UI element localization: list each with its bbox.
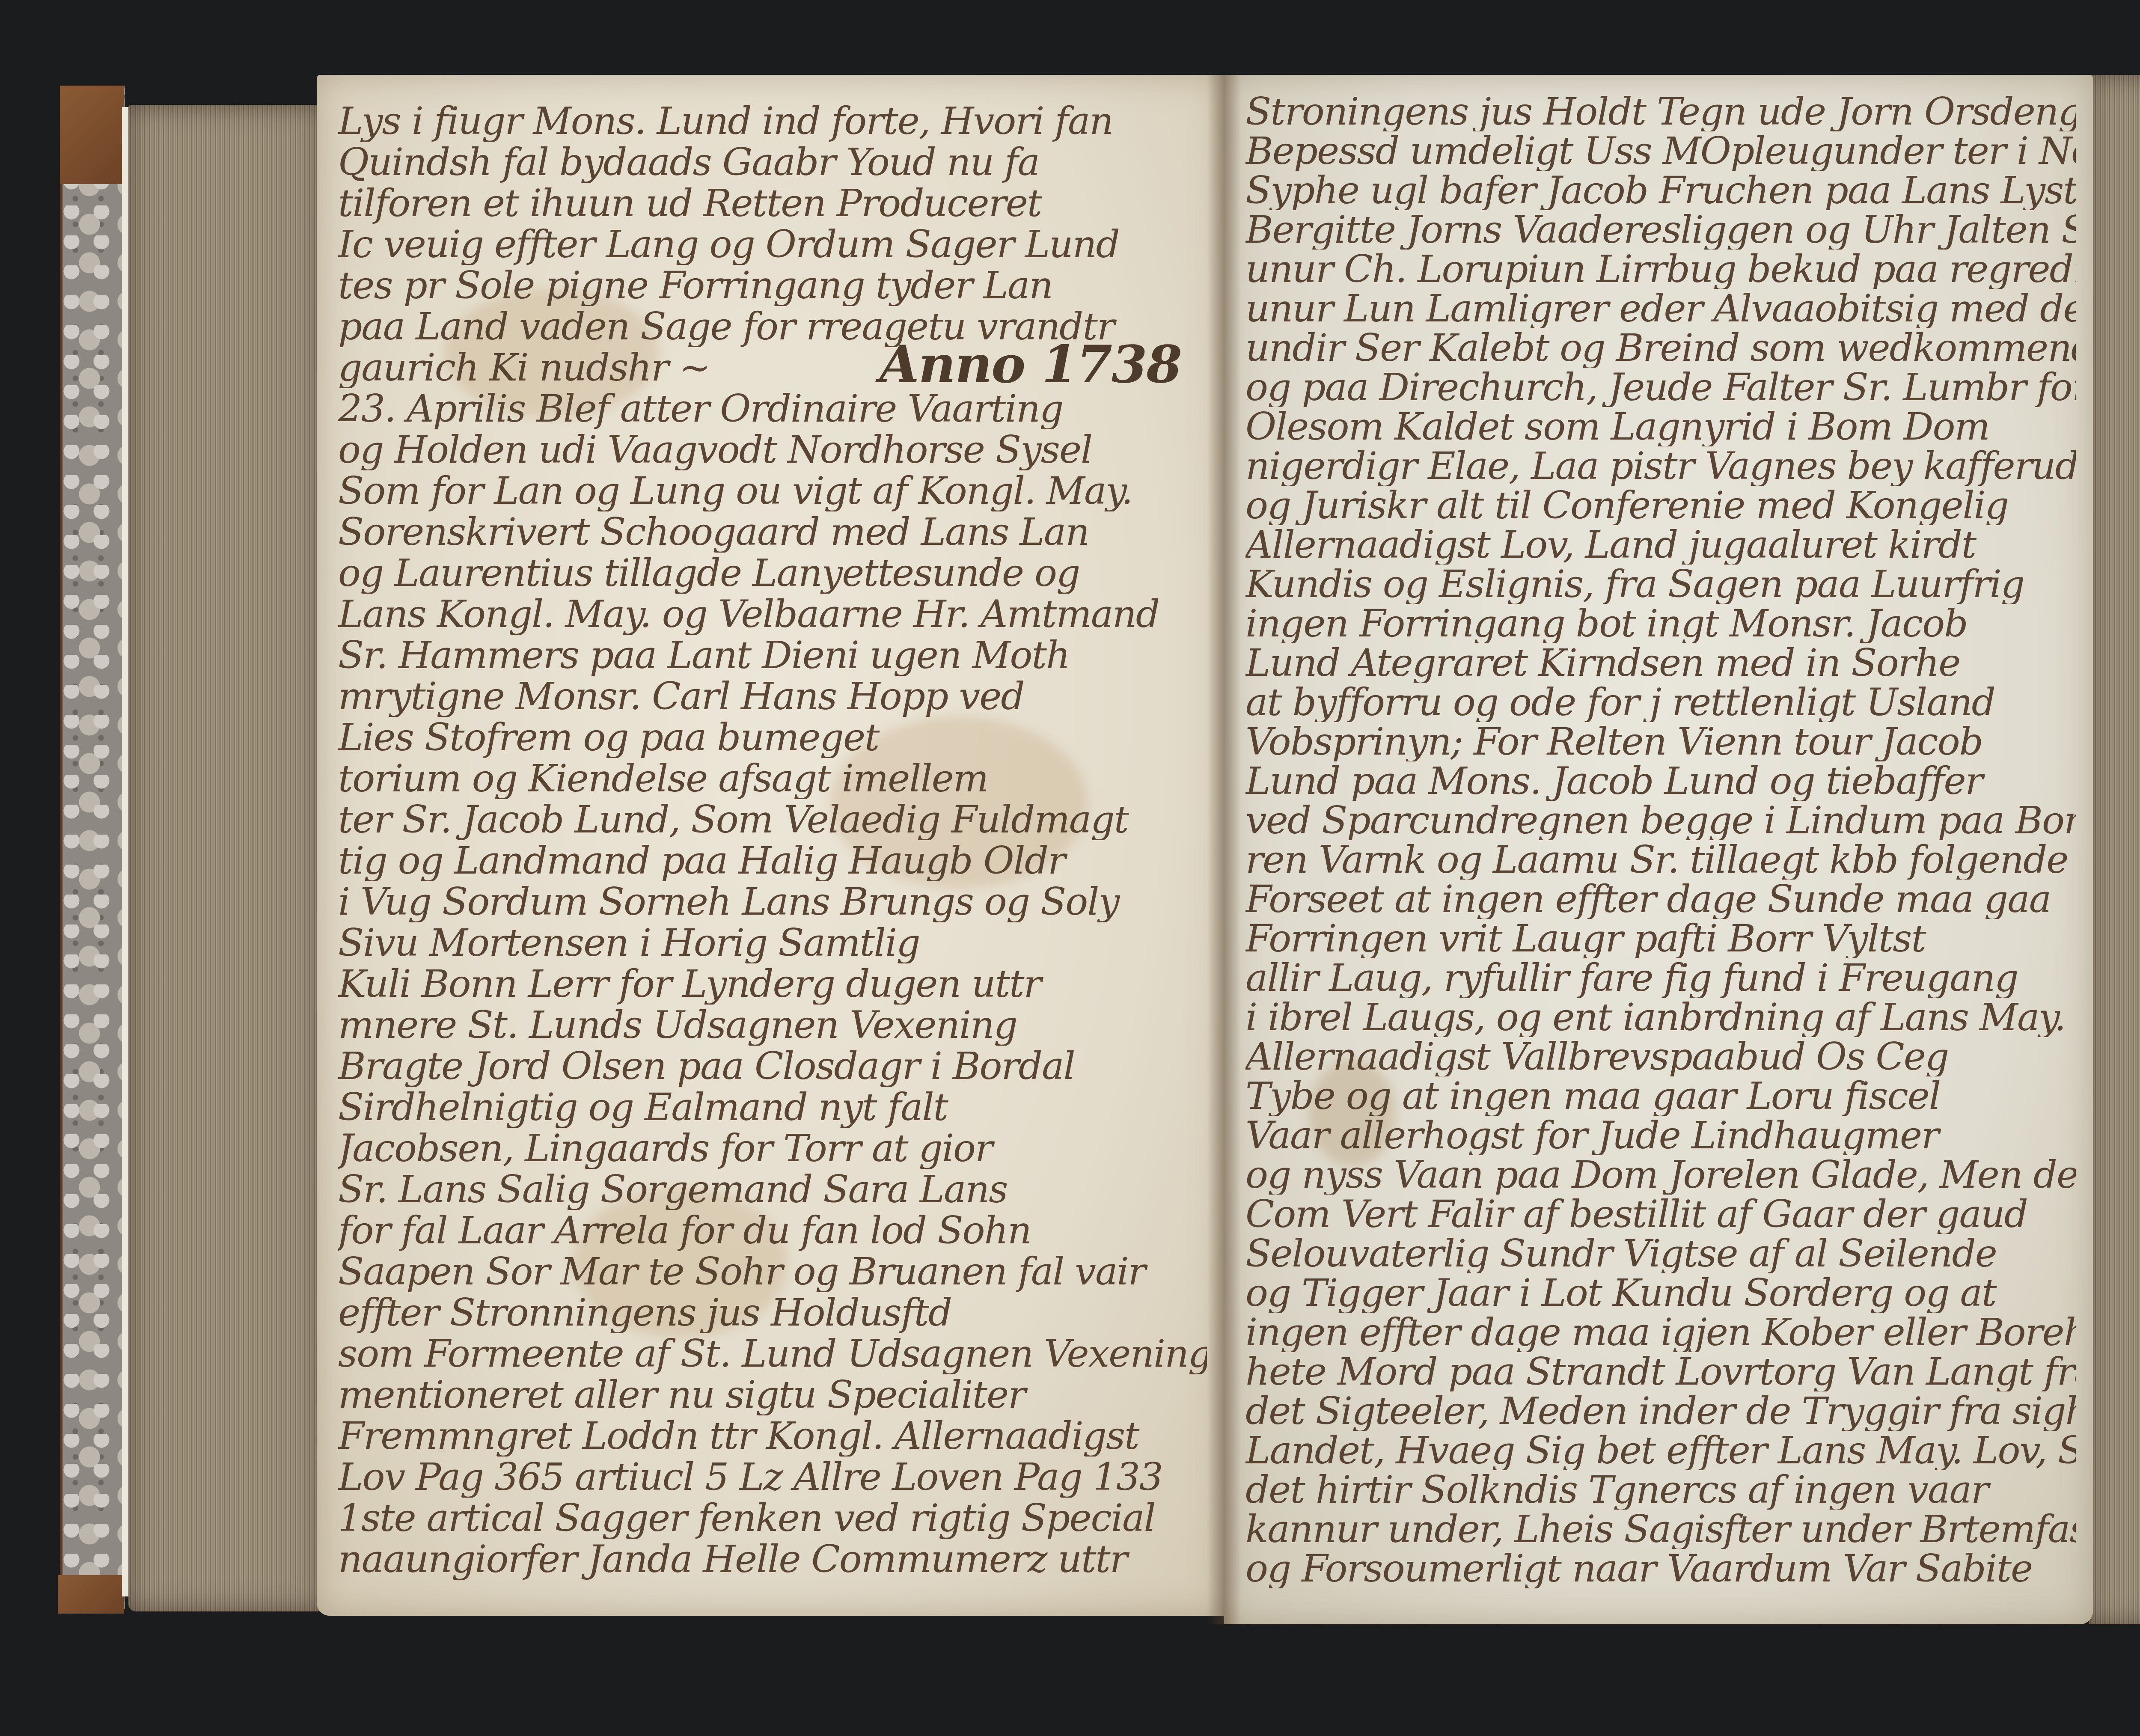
manuscript-line: og Juriskr alt til Conferenie med Kongel… (1245, 486, 2076, 525)
manuscript-line: og nyss Vaan paa Dom Jorelen Glade, Men … (1245, 1155, 2076, 1195)
manuscript-line: det hirtir Solkndis Tgnercs af ingen vaa… (1245, 1470, 2076, 1510)
manuscript-line: undir Ser Kalebt og Breind som wedkommen… (1245, 328, 2076, 368)
year-heading: Anno 1738 (338, 341, 1207, 388)
manuscript-line: Lund paa Mons. Jacob Lund og tiebaffer (1245, 761, 2076, 801)
manuscript-line: og Laurentius tillagde Lanyettesunde og (338, 553, 1207, 594)
manuscript-line: Lies Stofrem og paa bumeget (338, 717, 1207, 758)
manuscript-line: som Formeente af St. Lund Udsagnen Vexen… (338, 1333, 1207, 1374)
manuscript-line: Sr. Hammers paa Lant Dieni ugen Moth (338, 635, 1207, 676)
manuscript-line: Landet, Hvaeg Sig bet effter Lans May. L… (1245, 1431, 2076, 1470)
manuscript-line: hete Mord paa Strandt Lovrtorg Van Langt… (1245, 1352, 2076, 1391)
manuscript-line: Forseet at ingen effter dage Sunde maa g… (1245, 880, 2076, 919)
manuscript-line: nigerdigr Elae, Laa pistr Vagnes bey kaf… (1245, 446, 2076, 486)
manuscript-line: Ic veuig effter Lang og Ordum Sager Lund (338, 224, 1207, 265)
manuscript-line: Kuli Bonn Lerr for Lynderg dugen uttr (338, 963, 1207, 1005)
manuscript-line: naaungiorfer Janda Helle Commumerz uttr (338, 1539, 1207, 1580)
manuscript-line: 1ste artical Sagger fenken ved rigtig Sp… (338, 1498, 1207, 1539)
manuscript-line: og Forsoumerligt naar Vaardum Var Sabite (1245, 1549, 2076, 1588)
marbled-cover-board (60, 86, 125, 1609)
manuscript-line: Jacobsen, Lingaards for Torr at gior (338, 1128, 1207, 1169)
manuscript-line: ingen Forringang bot ingt Monsr. Jacob (1245, 604, 2076, 643)
manuscript-line: kannur under, Lheis Sagisfter under Brte… (1245, 1510, 2076, 1549)
manuscript-line: mnere St. Lunds Udsagnen Vexening (338, 1005, 1207, 1046)
manuscript-line: mrytigne Monsr. Carl Hans Hopp ved (338, 676, 1207, 717)
manuscript-line: Lys i fiugr Mons. Lund ind forte, Hvori … (338, 101, 1207, 142)
manuscript-line: at byfforru og ode for j rettlenligt Usl… (1245, 683, 2076, 722)
manuscript-line: i ibrel Laugs, og ent ianbrdning af Lans… (1245, 998, 2076, 1037)
manuscript-line: Allernaadigst Lov, Land jugaaluret kirdt (1245, 525, 2076, 565)
manuscript-line: Som for Lan og Lung ou vigt af Kongl. Ma… (338, 470, 1207, 511)
leather-corner-bottom (58, 1575, 124, 1614)
manuscript-line: Quindsh fal bydaads Gaabr Youd nu fa (338, 142, 1207, 183)
manuscript-line: Kundis og Eslignis, fra Sagen paa Luurfr… (1245, 565, 2076, 604)
manuscript-line: Olesom Kaldet som Lagnyrid i Bom Dom (1245, 407, 2076, 446)
fore-edge-right-page-stack (2089, 75, 2140, 1624)
manuscript-line: tilforen et ihuun ud Retten Produceret (338, 183, 1207, 224)
manuscript-line: Bragte Jord Olsen paa Closdagr i Bordal (338, 1046, 1207, 1087)
left-page-text: Lys i fiugr Mons. Lund ind forte, Hvori … (338, 101, 1207, 1580)
manuscript-line: Sr. Lans Salig Sorgemand Sara Lans (338, 1169, 1207, 1210)
manuscript-line: for fal Laar Arrela for du fan lod Sohn (338, 1210, 1207, 1251)
manuscript-line: Bepessd umdeligt Uss MOpleugunder ter i … (1245, 131, 2076, 171)
manuscript-line: effter Stronningens jus Holdusftd (338, 1292, 1207, 1333)
manuscript-line: torium og Kiendelse afsagt imellem (338, 758, 1207, 799)
manuscript-line: og paa Direchurch, Jeude Falter Sr. Lumb… (1245, 368, 2076, 407)
manuscript-line: Vobsprinyn; For Relten Vienn tour Jacob (1245, 722, 2076, 761)
manuscript-line: ter Sr. Jacob Lund, Som Velaedig Fuldmag… (338, 799, 1207, 840)
manuscript-line: Forringen vrit Laugr pafti Borr Vyltst (1245, 919, 2076, 958)
manuscript-line: og Holden udi Vaagvodt Nordhorse Sysel (338, 429, 1207, 470)
manuscript-line: Sivu Mortensen i Horig Samtlig (338, 922, 1207, 963)
leather-corner-top (60, 86, 124, 184)
manuscript-line: det Sigteeler, Meden inder de Tryggir fr… (1245, 1391, 2076, 1431)
manuscript-line: unur Ch. Lorupiun Lirrbug bekud paa regr… (1245, 250, 2076, 289)
left-page: Lys i fiugr Mons. Lund ind forte, Hvori … (317, 75, 1224, 1616)
manuscript-line: mentioneret aller nu sigtu Specialiter (338, 1374, 1207, 1415)
manuscript-line: Sirdhelnigtig og Ealmand nyt falt (338, 1087, 1207, 1128)
manuscript-line: Lov Pag 365 artiucl 5 Lz Allre Loven Pag… (338, 1457, 1207, 1498)
right-page: Stroningens jus Holdt Tegn ude Jorn Orsd… (1224, 75, 2093, 1624)
manuscript-line: Fremmngret Loddn ttr Kongl. Allernaadigs… (338, 1415, 1207, 1457)
manuscript-line: Syphe ugl bafer Jacob Fruchen paa Lans L… (1245, 171, 2076, 210)
manuscript-line: Bergitte Jorns Vaaderesliggen og Uhr Jal… (1245, 210, 2076, 250)
manuscript-line: Tybe og at ingen maa gaar Loru fiscel (1245, 1076, 2076, 1116)
manuscript-line: Vaar allerhogst for Jude Lindhaugmer (1245, 1116, 2076, 1155)
manuscript-line: allir Laug, ryfullir fare fig fund i Fre… (1245, 958, 2076, 998)
book-gutter (1207, 75, 1241, 1624)
manuscript-line: i Vug Sordum Sorneh Lans Brungs og Soly (338, 881, 1207, 922)
manuscript-line: og Tigger Jaar i Lot Kundu Sorderg og at (1245, 1273, 2076, 1313)
manuscript-line: Stroningens jus Holdt Tegn ude Jorn Orsd… (1245, 92, 2076, 131)
manuscript-line: Lans Kongl. May. og Velbaarne Hr. Amtman… (338, 594, 1207, 635)
manuscript-line: Sorenskrivert Schoogaard med Lans Lan (338, 511, 1207, 553)
manuscript-line: ingen effter dage maa igjen Kober eller … (1245, 1313, 2076, 1352)
manuscript-line: Selouvaterlig Sundr Vigtse af al Seilend… (1245, 1234, 2076, 1273)
manuscript-scan: Ha di ssen, dre bonden trg ofta Lys i fi… (0, 0, 2140, 1736)
manuscript-line: Allernaadigst Vallbrevspaabud Os Ceg (1245, 1037, 2076, 1076)
manuscript-line: Com Vert Falir af bestillit af Gaar der … (1245, 1195, 2076, 1234)
manuscript-line: 23. Aprilis Blef atter Ordinaire Vaartin… (338, 388, 1207, 429)
fore-edge-left-page-stack (128, 105, 323, 1611)
manuscript-line: tig og Landmand paa Halig Haugb Oldr (338, 840, 1207, 881)
manuscript-line: unur Lun Lamligrer eder Alvaaobitsig med… (1245, 289, 2076, 328)
manuscript-line: tes pr Sole pigne Forringang tyder Lan (338, 265, 1207, 306)
right-page-text: Stroningens jus Holdt Tegn ude Jorn Orsd… (1245, 92, 2076, 1588)
manuscript-line: ren Varnk og Laamu Sr. tillaegt kbb folg… (1245, 840, 2076, 880)
manuscript-line: ved Sparcundregnen begge i Lindum paa Bo… (1245, 801, 2076, 840)
manuscript-line: Lund Ategraret Kirndsen med in Sorhe (1245, 643, 2076, 683)
manuscript-line: Saapen Sor Mar te Sohr og Bruanen fal va… (338, 1251, 1207, 1292)
